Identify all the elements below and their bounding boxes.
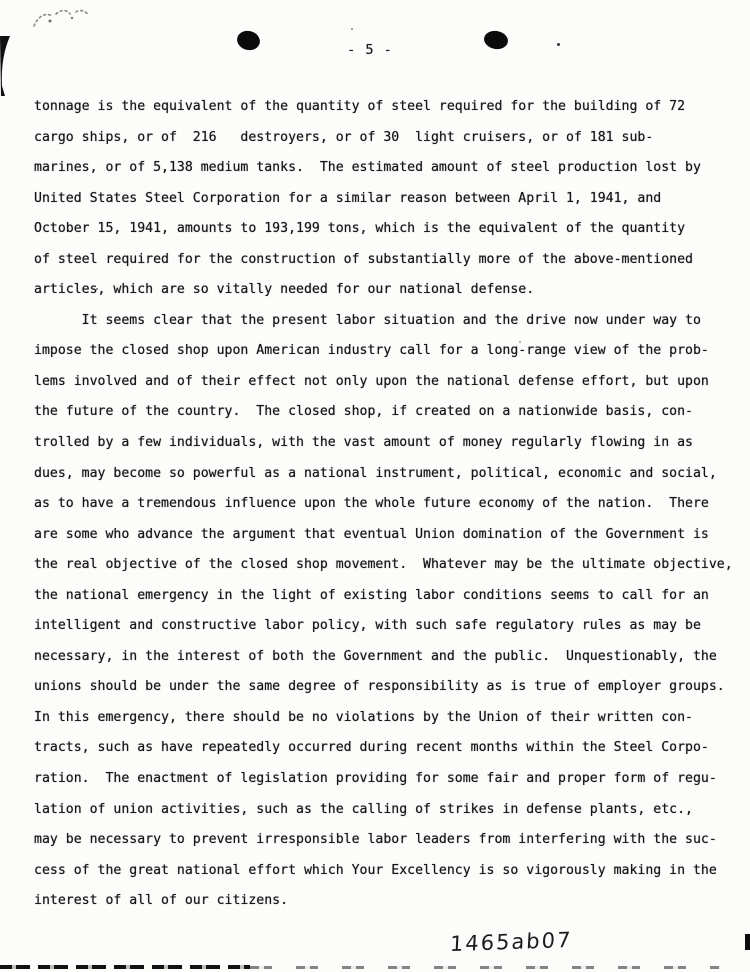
text-line: may be necessary to prevent irresponsibl… <box>34 825 734 856</box>
text-line: lation of union activities, such as the … <box>34 795 734 826</box>
text-line: marines, or of 5,138 medium tanks. The e… <box>34 153 734 184</box>
scan-speck <box>557 43 560 46</box>
punch-dot-left <box>235 29 262 53</box>
text-line: as to have a tremendous influence upon t… <box>34 489 734 520</box>
text-line: intelligent and constructive labor polic… <box>34 611 734 642</box>
text-line: impose the closed shop upon American ind… <box>34 336 734 367</box>
text-line: tonnage is the equivalent of the quantit… <box>34 92 734 123</box>
text-line: United States Steel Corporation for a si… <box>34 184 734 215</box>
text-line: articles, which are so vitally needed fo… <box>34 275 734 306</box>
handwritten-reference-number: 1465ab07 <box>449 928 573 956</box>
scan-edge-artifact-right <box>745 934 750 950</box>
page-number: - 5 - <box>330 42 410 58</box>
text-line: lems involved and of their effect not on… <box>34 367 734 398</box>
text-line: the real objective of the closed shop mo… <box>34 550 734 581</box>
text-line: cess of the great national effort which … <box>34 856 734 887</box>
text-line: tracts, such as have repeatedly occurred… <box>34 733 734 764</box>
text-line: In this emergency, there should be no vi… <box>34 703 734 734</box>
scan-edge-artifact-bottom-left <box>0 965 250 969</box>
text-line: cargo ships, or of 216 destroyers, or of… <box>34 123 734 154</box>
text-line: necessary, in the interest of both the G… <box>34 642 734 673</box>
text-line: trolled by a few individuals, with the v… <box>34 428 734 459</box>
scan-edge-artifact-left <box>0 34 14 98</box>
text-line: unions should be under the same degree o… <box>34 672 734 703</box>
text-line: ration. The enactment of legislation pro… <box>34 764 734 795</box>
text-line: the national emergency in the light of e… <box>34 581 734 612</box>
scan-speck <box>351 28 353 30</box>
punch-dot-right <box>483 29 510 51</box>
text-line: dues, may become so powerful as a nation… <box>34 459 734 490</box>
text-line: of steel required for the construction o… <box>34 245 734 276</box>
text-line: the future of the country. The closed sh… <box>34 397 734 428</box>
text-line: interest of all of our citizens. <box>34 886 734 917</box>
document-body: tonnage is the equivalent of the quantit… <box>34 92 734 917</box>
text-line: It seems clear that the present labor si… <box>34 306 734 337</box>
pencil-scribble-mark <box>28 4 98 38</box>
scanned-document-page: - 5 - tonnage is the equivalent of the q… <box>0 0 750 972</box>
text-line: October 15, 1941, amounts to 193,199 ton… <box>34 214 734 245</box>
scan-edge-artifact-bottom-right <box>250 966 720 969</box>
text-line: are some who advance the argument that e… <box>34 520 734 551</box>
